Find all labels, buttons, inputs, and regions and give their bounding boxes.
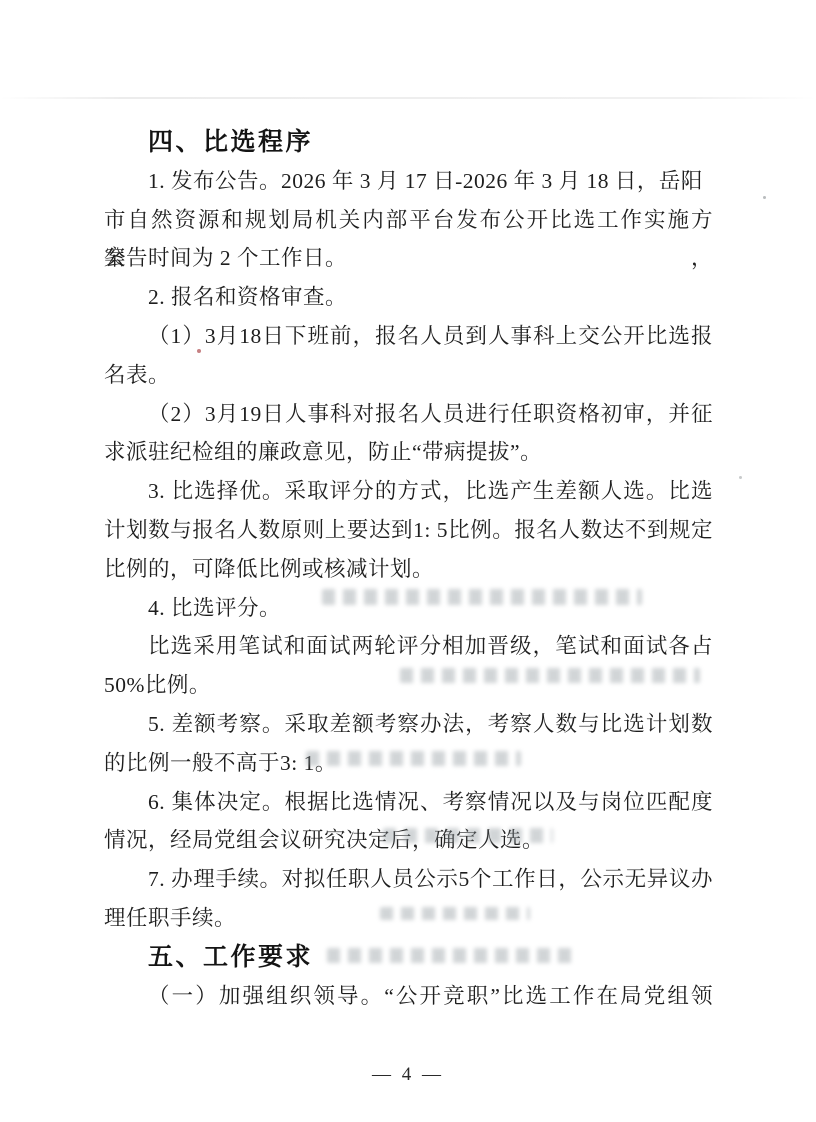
doc-line: （2）3月19日人事科对报名人员进行任职资格初审，并征 [104, 395, 713, 434]
doc-line: 3. 比选择优。采取评分的方式，比选产生差额人选。比选 [104, 472, 713, 511]
doc-line: 计划数与报名人数原则上要达到1: 5比例。报名人数达不到规定 [104, 511, 713, 550]
document-text-block: 四、比选程序 1. 发布公告。2026 年 3 月 17 日-2026 年 3 … [104, 123, 713, 1015]
document-page: 四、比选程序 1. 发布公告。2026 年 3 月 17 日-2026 年 3 … [0, 0, 816, 1122]
section-heading-5: 五、工作要求 [104, 938, 713, 977]
page-number: — 4 — [0, 1060, 816, 1090]
doc-line: 比例的，可降低比例或核减计划。 [104, 550, 713, 589]
doc-line: 理任职手续。 [104, 899, 713, 938]
doc-line: 50%比例。 [104, 666, 713, 705]
doc-line: 1. 发布公告。2026 年 3 月 17 日-2026 年 3 月 18 日，… [104, 162, 713, 201]
doc-line: 情况，经局党组会议研究决定后，确定人选。 [104, 821, 713, 860]
doc-line: 比选采用笔试和面试两轮评分相加晋级，笔试和面试各占 [104, 627, 713, 666]
doc-line: 求派驻纪检组的廉政意见，防止“带病提拔”。 [104, 433, 713, 472]
doc-line: 名表。 [104, 356, 713, 395]
doc-line: 4. 比选评分。 [104, 589, 713, 628]
doc-line: （1）3月18日下班前，报名人员到人事科上交公开比选报 [104, 317, 713, 356]
scan-speck [739, 476, 742, 479]
doc-line: 6. 集体决定。根据比选情况、考察情况以及与岗位匹配度 [104, 783, 713, 822]
doc-line: 7. 办理手续。对拟任职人员公示5个工作日，公示无异议办 [104, 860, 713, 899]
doc-line: 市自然资源和规划局机关内部平台发布公开比选工作实施方案， [104, 201, 713, 240]
scan-speck [763, 196, 766, 199]
doc-line: （一）加强组织领导。“公开竞职”比选工作在局党组领 [104, 977, 713, 1016]
doc-line: 2. 报名和资格审查。 [104, 278, 713, 317]
doc-line: 5. 差额考察。采取差额考察办法，考察人数与比选计划数 [104, 705, 713, 744]
scan-seam-artifact [0, 97, 816, 99]
section-heading-4: 四、比选程序 [104, 123, 713, 162]
doc-line: 的比例一般不高于3: 1。 [104, 744, 713, 783]
